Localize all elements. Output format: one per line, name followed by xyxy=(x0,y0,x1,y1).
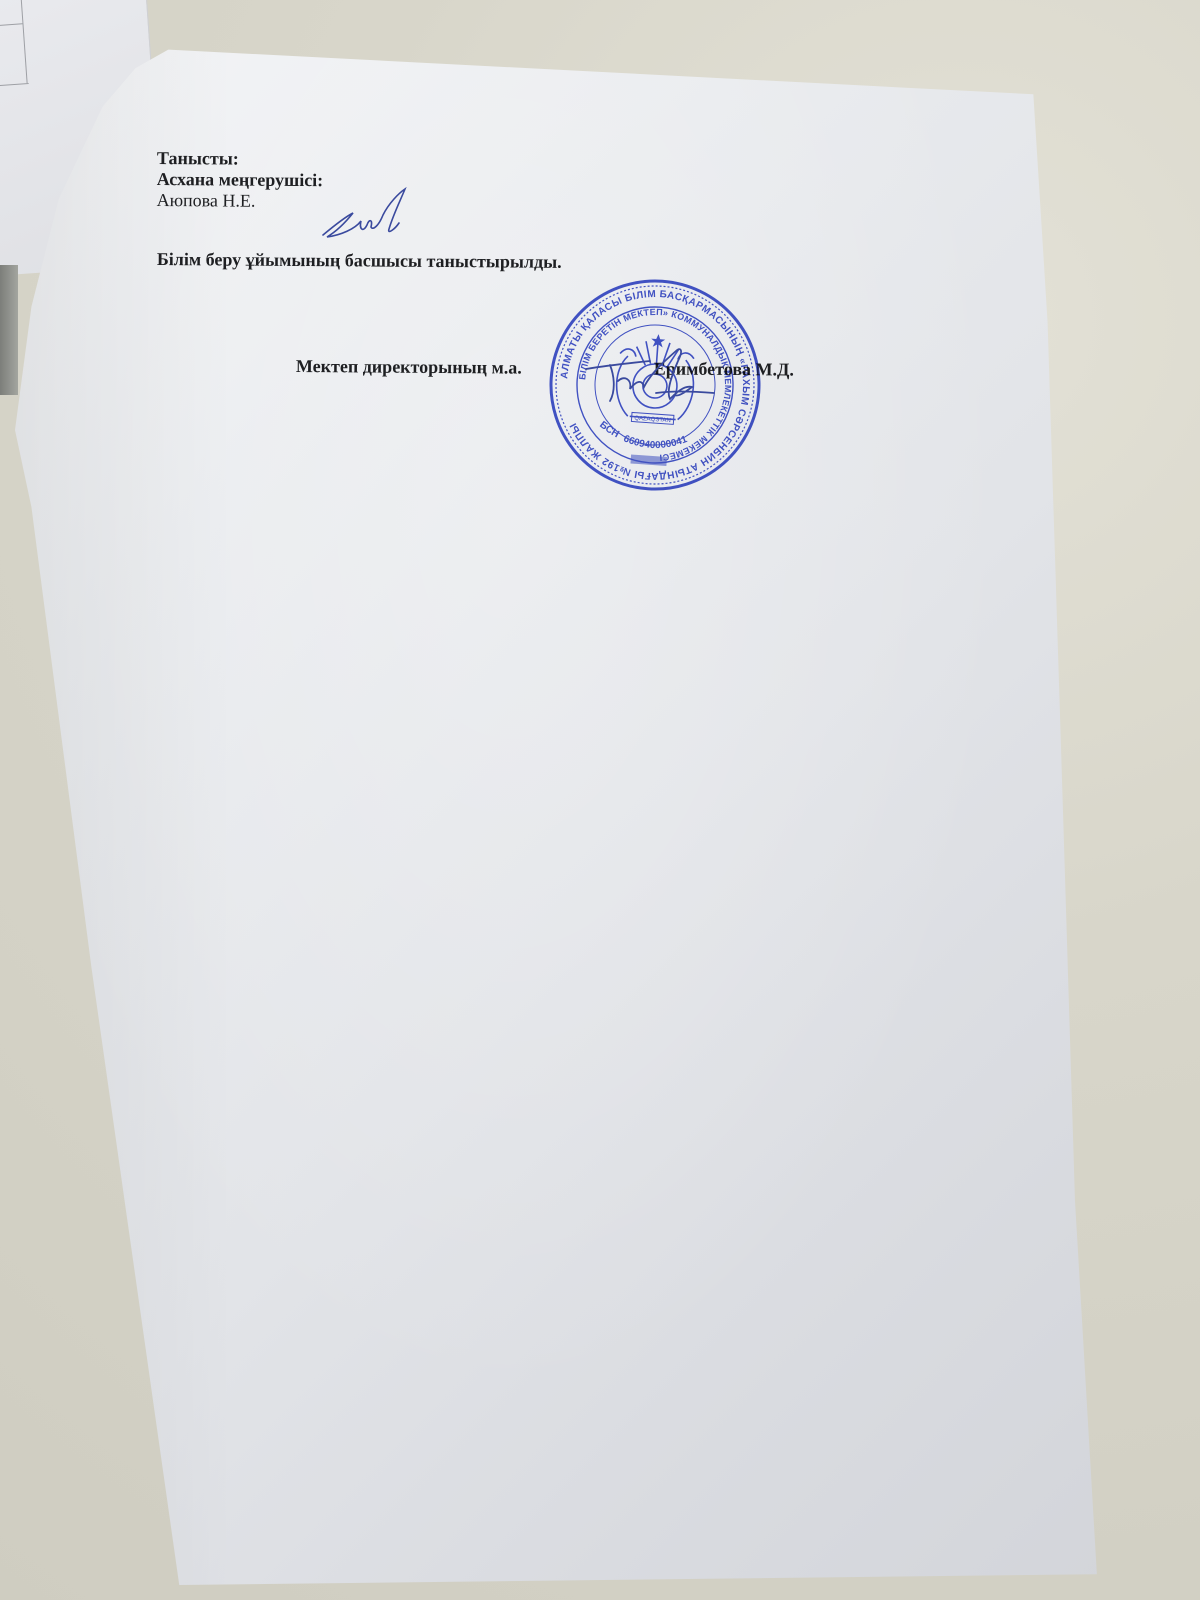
canteen-head-position: Асхана меңгерушісі: xyxy=(157,169,324,191)
table-line xyxy=(20,0,27,83)
table-line xyxy=(0,23,23,27)
canteen-head-name: Аюпова Н.Е. xyxy=(157,190,324,212)
director-title: Мектеп директорының м.а. xyxy=(296,356,522,378)
emblem-icon xyxy=(614,331,696,420)
stamp-center-text: QAZAQSTAN xyxy=(634,416,671,425)
informed-statement: Білім беру ұйымының басшысы таныстырылды… xyxy=(157,249,562,273)
official-stamp: АЛМАТЫ ҚАЛАСЫ БІЛІМ БАСҚАРМАСЫНЫҢ «РАХЫМ… xyxy=(541,271,769,499)
table-line xyxy=(0,83,29,87)
stamp-bin-label: БСН xyxy=(596,419,621,441)
acknowledgement-block: Танысты: Асхана меңгерушісі: Аюпова Н.Е. xyxy=(157,148,324,212)
shadow xyxy=(0,265,18,395)
acknowledgement-heading: Танысты: xyxy=(157,148,324,170)
